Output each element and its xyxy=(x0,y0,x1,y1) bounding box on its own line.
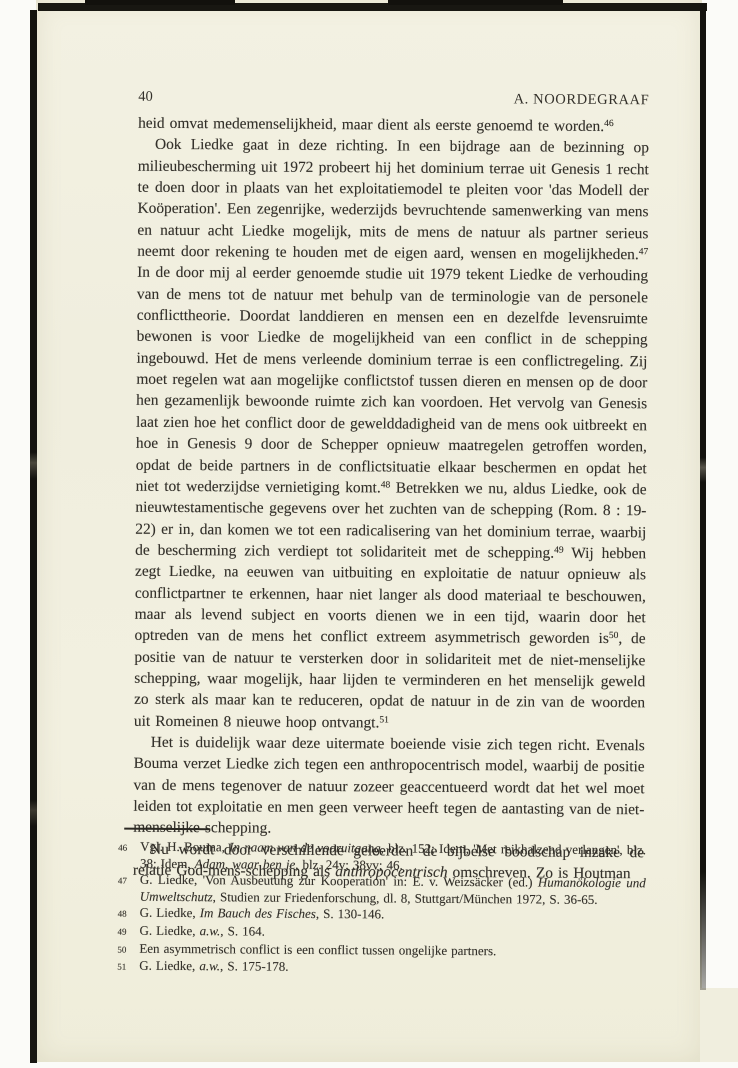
footnotes: 46 Vgl. H. Bouma, In naam van de vooruit… xyxy=(117,839,646,979)
footnote-number: 46 xyxy=(118,839,140,872)
paragraph: Ook Liedke gaat in deze richting. In een… xyxy=(134,134,649,735)
footnote-number: 51 xyxy=(117,958,139,976)
footnote: 47 G. Liedke, 'Von Ausbeutung zur Kooper… xyxy=(118,872,646,909)
footnote-text: G. Liedke, 'Von Ausbeutung zur Kooperati… xyxy=(140,872,646,909)
footnote: 46 Vgl. H. Bouma, In naam van de vooruit… xyxy=(118,839,646,876)
running-head-author: A. NOORDEGRAAF xyxy=(514,91,650,109)
footnote-number: 48 xyxy=(118,905,140,923)
page-content: 40 A. NOORDEGRAAF heid omvat medemenseli… xyxy=(29,0,702,1067)
page-number: 40 xyxy=(138,89,153,106)
footnote-number: 47 xyxy=(118,872,140,905)
footnote-text: G. Liedke, a.w., S. 175-178. xyxy=(139,958,645,979)
paragraph: Het is duidelijk waar deze uitermate boe… xyxy=(133,732,645,842)
footnote: 51 G. Liedke, a.w., S. 175-178. xyxy=(117,958,645,979)
body-text: heid omvat medemenselijkheid, maar dient… xyxy=(133,113,649,885)
footnote-number: 50 xyxy=(117,940,139,958)
footnote-number: 49 xyxy=(117,923,139,941)
footnote-text: Vgl. H. Bouma, In naam van de vooruitgan… xyxy=(140,839,646,876)
scanned-page-corner xyxy=(700,988,738,1062)
running-head: 40 A. NOORDEGRAAF xyxy=(138,89,649,111)
